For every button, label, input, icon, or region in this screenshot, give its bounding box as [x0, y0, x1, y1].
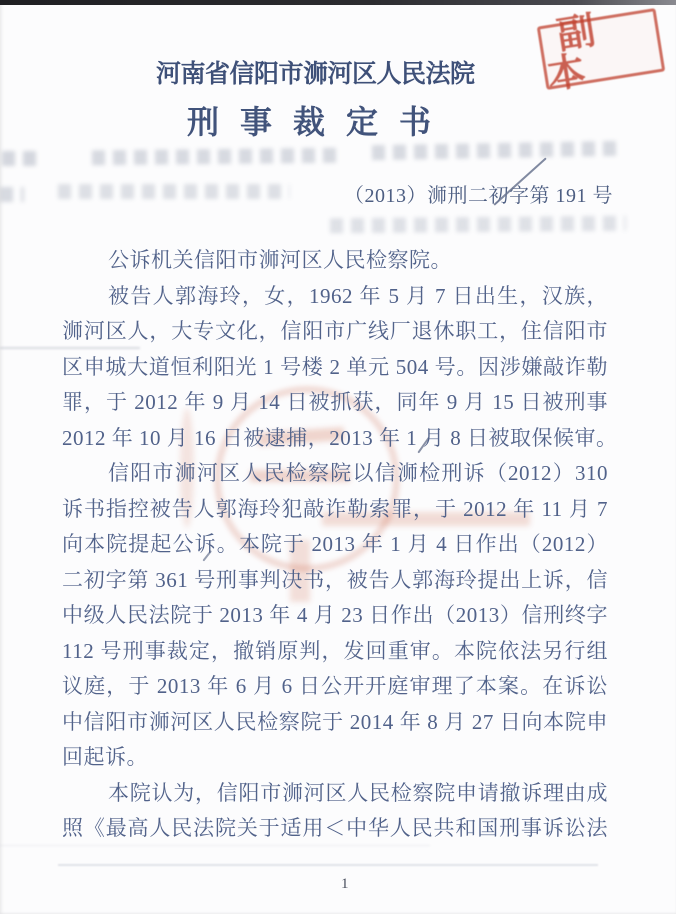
bleed-through-text: [92, 148, 342, 166]
body-line: 中信阳市浉河区人民检察院于 2014 年 8 月 27 日向本院申请撤: [62, 705, 608, 741]
body-line: 浉河区人，大专文化，信阳市广线厂退休职工，住信阳市浉河: [62, 314, 608, 350]
body-line: 被告人郭海玲，女，1962 年 5 月 7 日出生，汉族，信阳市: [62, 279, 608, 315]
body-line: 信阳市浉河区人民检察院以信浉检刑诉（2012）310 号起: [62, 456, 608, 492]
copy-stamp: 副本: [537, 8, 666, 90]
court-name: 河南省信阳市浉河区人民法院: [156, 54, 475, 90]
document-body: 公诉机关信阳市浉河区人民检察院。 被告人郭海玲，女，1962 年 5 月 7 日…: [62, 243, 608, 847]
bleed-through-text: [58, 184, 290, 199]
bleed-through-text: [0, 187, 24, 202]
scan-edge: [0, 0, 676, 5]
bleed-through-text: [372, 141, 620, 160]
body-line: 向本院提起公诉。本院于 2013 年 1 月 4 日作出（2012）浉刑: [62, 527, 608, 563]
document-title: 刑事裁定书: [187, 105, 452, 140]
body-line: 罪，于 2012 年 9 月 14 日被抓获，同年 9 月 15 日被刑事拘留，: [62, 385, 608, 421]
body-line: 诉书指控被告人郭海玲犯敲诈勒索罪，于 2012 年 11 月 7 日: [62, 492, 608, 528]
body-line: 中级人民法院于 2013 年 4 月 23 日作出（2013）信刑终字第: [62, 598, 608, 634]
body-line: 二初字第 361 号刑事判决书，被告人郭海玲提出上诉，信阳市: [62, 563, 608, 599]
bleed-through-text: [330, 216, 626, 234]
body-line: 议庭，于 2013 年 6 月 6 日公开开庭审理了本案。在诉讼过程: [62, 669, 608, 705]
paper-crease: [58, 864, 598, 866]
body-line: 112 号刑事裁定，撤销原判，发回重审。本院依法另行组成合: [62, 634, 608, 670]
body-line: 本院认为，信阳市浉河区人民检察院申请撤诉理由成立，依: [62, 776, 608, 812]
body-line: 回起诉。: [62, 740, 608, 776]
body-line: 公诉机关信阳市浉河区人民检察院。: [62, 243, 608, 279]
body-line: 照《最高人民法院关于适用＜中华人民共和国刑事诉讼法＞解: [62, 811, 608, 847]
body-line: 区申城大道恒利阳光 1 号楼 2 单元 504 号。因涉嫌敲诈勒索犯: [62, 350, 608, 386]
page-number: 1: [341, 876, 349, 893]
copy-stamp-label: 副本: [539, 3, 663, 96]
bleed-through-text: [2, 151, 36, 166]
document-page: 副本 河南省信阳市浉河区人民法院 刑事裁定书 （2013）浉刑二初字第 191 …: [0, 0, 676, 914]
case-number: （2013）浉刑二初字第 191 号: [344, 179, 613, 208]
body-line: 2012 年 10 月 16 日被逮捕，2013 年 1 月 8 日被取保候审。: [62, 421, 608, 457]
